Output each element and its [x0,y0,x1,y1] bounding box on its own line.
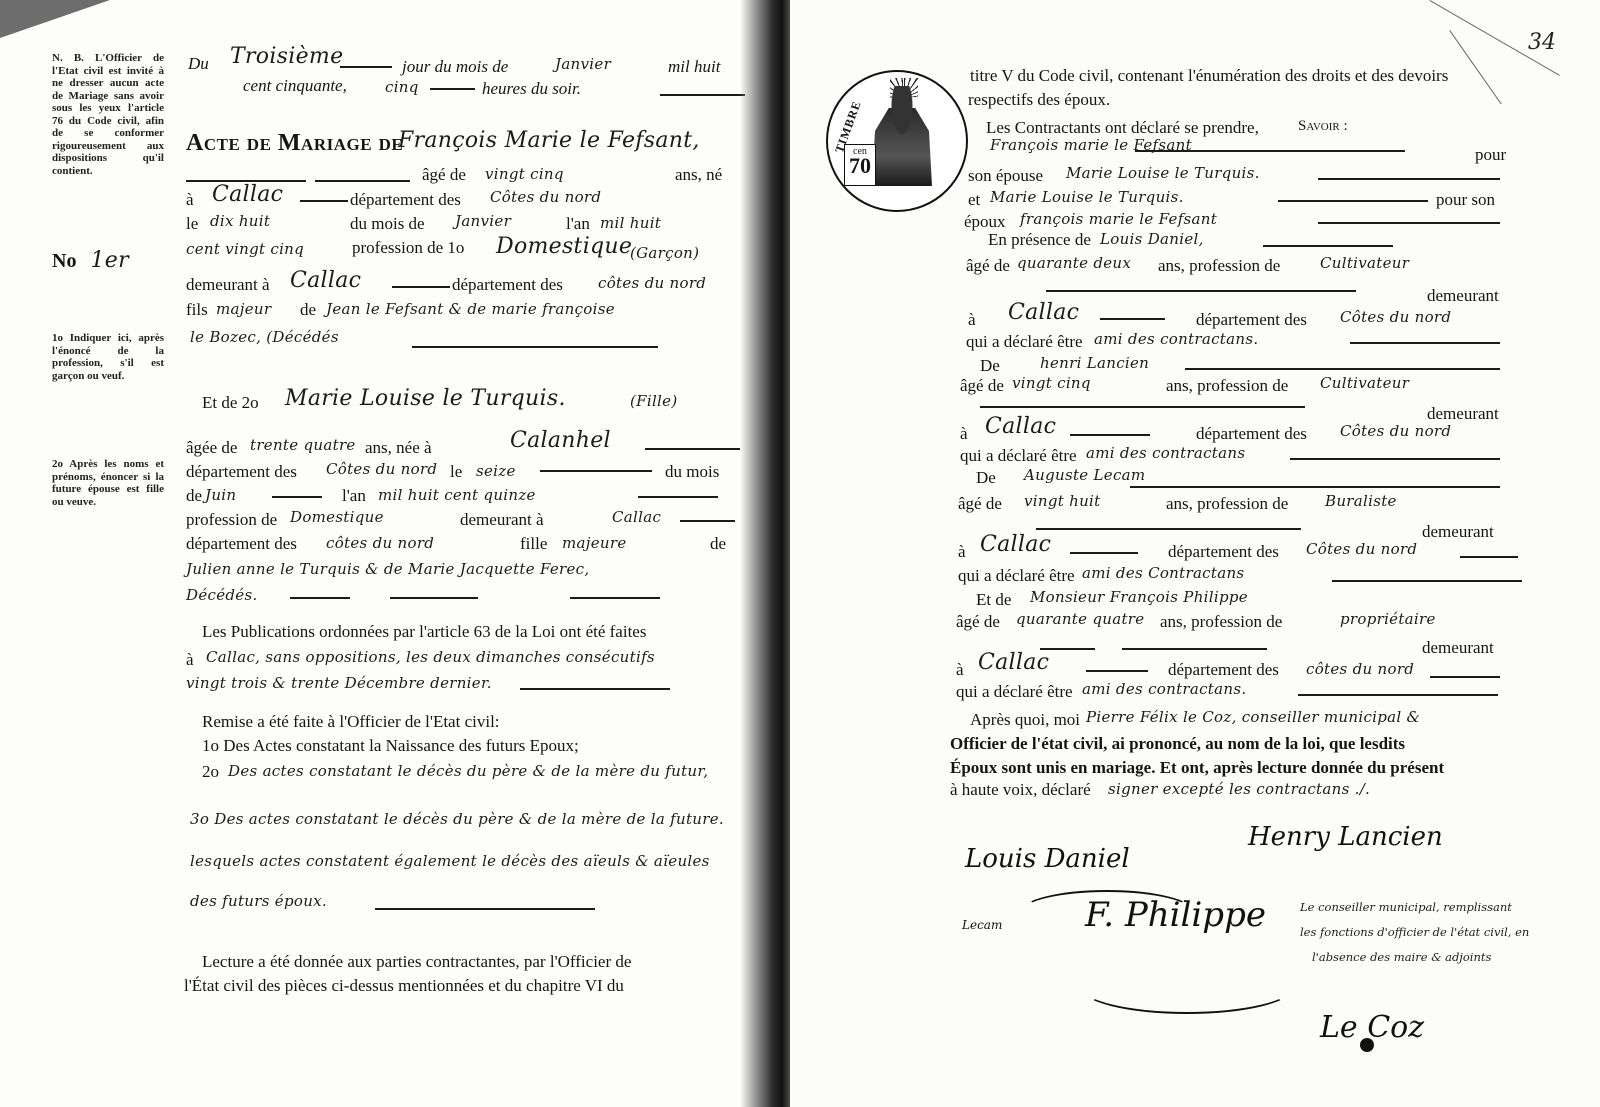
groom-birth-month: Janvier [455,212,511,230]
witness3-profession: Buraliste [1325,492,1397,510]
groom-birth-day-prefix: le [186,214,198,234]
groom-name: François Marie le Fefsant, [398,128,700,153]
witness3-dept: Côtes du nord [1306,540,1417,558]
witness2-relation: ami des contractans [1086,444,1245,462]
groom-profession: Domestique [496,234,632,259]
declaration-bride-name-2: Marie Louise le Turquis. [990,188,1184,206]
groom-birth-month-label: du mois de [350,214,425,234]
groom-dept-label: département des [350,190,461,210]
witness3-a: à [958,542,966,562]
witness1-age-label: âgé de [966,256,1010,276]
groom-son-status: majeur [216,300,271,318]
bride-birth-month-prefix: de [186,486,202,506]
bride-prefix: Et de 2o [202,393,259,413]
conclusion-line2: Officier de l'état civil, ai prononcé, a… [950,734,1405,754]
conclusion-line4-hand: signer excepté les contractans ./. [1108,780,1370,798]
bride-residence-dept: côtes du nord [326,534,434,552]
witness4-dept: côtes du nord [1306,660,1414,678]
witness4-prefix: Et de [976,590,1011,610]
conclusion-officer: Pierre Félix le Coz, conseiller municipa… [1086,708,1420,726]
date-month: Janvier [555,55,611,73]
witness2-dept: Côtes du nord [1340,422,1451,440]
remise-item3: 3o Des actes constatant le décès du père… [190,810,724,828]
witness2-profession: Cultivateur [1320,374,1409,392]
witness2-declared: qui a déclaré être [960,446,1077,466]
witness2-age-label: âgé de [960,376,1004,396]
groom-residence-dept: côtes du nord [598,274,706,292]
witness1-age: quarante deux [1017,254,1131,272]
bride-birth-month: Juin [205,486,236,504]
intro-line2: respectifs des époux. [968,90,1110,110]
witness1-declared: qui a déclaré être [966,332,1083,352]
bride-birth-day-prefix: le [450,462,462,482]
witness4-profession: propriétaire [1340,610,1436,628]
witness3-demeurant: demeurant [1422,522,1494,542]
groom-birth-year-b: cent vingt cinq [186,240,304,258]
act-number-value: 1er [90,248,128,273]
witness3-age-label: âgé de [958,494,1002,514]
groom-status: (Garçon) [630,244,699,262]
publications-hand-a: Callac, sans oppositions, les deux diman… [206,648,655,666]
bride-daughter-status: majeure [562,534,627,552]
witness2-dept-label: département des [1196,424,1307,444]
witness3-prefix: De [976,468,996,488]
witness4-dept-label: département des [1168,660,1279,680]
date-year-a: mil huit [668,57,720,77]
witness1-dept: Côtes du nord [1340,308,1451,326]
witness1-relation: ami des contractans. [1094,330,1258,348]
witness2-a: à [960,424,968,444]
bride-birth-place: Calanhel [510,428,611,453]
witness3-relation: ami des Contractans [1082,564,1244,582]
signature-lecam: Lecam [962,918,1002,932]
date-mid: jour du mois de [402,57,508,77]
conclusion-line4-prefix: à haute voix, déclaré [950,780,1091,800]
conclusion-prefix: Après quoi, moi [970,710,1080,730]
witness2-prefix: De [980,356,1000,376]
stamp-value-box: cen 70 [844,144,876,186]
witness1-name: Louis Daniel, [1100,230,1204,248]
bride-age-label: âgée de [186,438,237,458]
officer-note-1: Le conseiller municipal, remplissant [1300,895,1512,920]
bride-birth-month-label: du mois [665,462,719,482]
declaration-line1: Les Contractants ont déclaré se prendre, [986,118,1259,138]
date-hour-suffix: heures du soir. [482,79,581,99]
declaration-epoux: époux [964,212,1006,232]
remise-item5: des futurs époux. [190,892,327,910]
witness3-residence: Callac [980,532,1051,557]
lecture-line2: l'État civil des pièces ci-dessus mentio… [184,976,624,996]
witness1-ans-profession: ans, profession de [1158,256,1280,276]
conclusion-line3: Époux sont unis en mariage. Et ont, aprè… [950,758,1444,778]
tax-stamp: TIMBRE cen 70 [826,70,968,212]
bride-residence-label: demeurant à [460,510,544,530]
publications-place-prefix: à [186,650,194,670]
date-day: Troisième [230,44,343,69]
groom-parents-label: de [300,300,316,320]
stamp-value: 70 [845,159,875,173]
witness3-declared: qui a déclaré être [958,566,1075,586]
officer-note-2: les fonctions d'officier de l'état civil… [1300,920,1529,945]
bride-dept-label: département des [186,462,297,482]
stamp-figure-icon [872,86,932,186]
witness1-prefix: En présence de [988,230,1091,250]
witness3-ans-profession: ans, profession de [1166,494,1288,514]
date-prefix: Du [188,54,209,74]
act-number-label: No [52,250,76,272]
bride-parents-b: Décédés. [186,586,258,604]
act-number: No 1er [52,248,129,273]
remise-item1: 1o Des Actes constatant la Naissance des… [202,736,579,756]
remise-item4: lesquels actes constatent également le d… [190,852,710,870]
margin-note-nb: N. B. L'Officier de l'Etat civil est inv… [52,52,164,177]
left-page: N. B. L'Officier de l'Etat civil est inv… [0,0,770,1107]
bride-birth-year: mil huit cent quinze [378,486,536,504]
publications-line1: Les Publications ordonnées par l'article… [202,622,646,642]
bride-profession-label: profession de [186,510,277,530]
groom-birth-place-prefix: à [186,190,194,210]
bride-age: trente quatre [250,436,356,454]
remise-item2-prefix: 2o [202,762,219,782]
witness4-age-label: âgé de [956,612,1000,632]
groom-dept: Côtes du nord [490,188,601,206]
bride-profession: Domestique [290,508,384,526]
folio-number: 34 [1528,30,1556,55]
date-year-b: cent cinquante, [243,76,347,96]
groom-age-label: âgé de [422,165,466,185]
groom-birth-place: Callac [212,182,283,207]
groom-age: vingt cinq [485,165,564,183]
groom-son-label: fils [186,300,208,320]
groom-age-suffix: ans, né [675,165,722,185]
remise-line1: Remise a été faite à l'Officier de l'Eta… [202,712,500,732]
witness1-demeurant: demeurant [1427,286,1499,306]
groom-residence: Callac [290,268,361,293]
groom-birth-year-a: mil huit [600,214,661,232]
declaration-et: et [968,190,980,210]
bride-birth-day: seize [476,462,516,480]
bride-birth-year-label: l'an [342,486,366,506]
groom-birth-day: dix huit [210,212,270,230]
groom-parents-a: Jean le Fefsant & de marie françoise [326,300,615,318]
witness4-residence: Callac [978,650,1049,675]
witness1-dept-label: département des [1196,310,1307,330]
witness4-age: quarante quatre [1016,610,1144,628]
bride-daughter-label: fille [520,534,547,554]
margin-note-1: 1o Indiquer ici, après l'énoncé de la pr… [52,332,164,382]
groom-birth-year-label: l'an [566,214,590,234]
declaration-savoir: Savoir : [1298,118,1348,135]
witness3-dept-label: département des [1168,542,1279,562]
bride-dept: Côtes du nord [326,460,437,478]
witness4-name: Monsieur François Philippe [1030,588,1248,606]
witness4-relation: ami des contractans. [1082,680,1246,698]
lecture-line1: Lecture a été donnée aux parties contrac… [202,952,631,972]
groom-residence-dept-label: département des [452,275,563,295]
signature-flourish [1080,960,1294,1014]
bride-status: (Fille) [630,392,677,410]
intro-line1: titre V du Code civil, contenant l'énumé… [970,66,1448,86]
signature-henry-lancien: Henry Lancien [1248,822,1443,852]
bride-age-suffix: ans, née à [365,438,432,458]
margin-note-2: 2o Après les noms et prénoms, énoncer si… [52,458,164,508]
officer-note-3: l'absence des maire & adjoints [1312,945,1491,970]
witness2-residence: Callac [985,414,1056,439]
witness2-age: vingt cinq [1012,374,1091,392]
date-hour: cinq [385,78,419,96]
witness4-ans-profession: ans, profession de [1160,612,1282,632]
declaration-son-epouse: son épouse [968,166,1043,186]
witness3-age: vingt huit [1024,492,1100,510]
groom-profession-label: profession de 1o [352,238,464,258]
witness1-residence: Callac [1008,300,1079,325]
witness2-demeurant: demeurant [1427,404,1499,424]
bride-parents-label: de [710,534,726,554]
witness4-declared: qui a déclaré être [956,682,1073,702]
witness2-name: henri Lancien [1040,354,1149,372]
witness1-a: à [968,310,976,330]
witness2-ans-profession: ans, profession de [1166,376,1288,396]
witness1-profession: Cultivateur [1320,254,1409,272]
publications-hand-b: vingt trois & trente Décembre dernier. [186,674,492,692]
signature-flourish-top [1020,890,1194,934]
declaration-pour-son: pour son [1436,190,1495,210]
witness3-name: Auguste Lecam [1024,466,1145,484]
bride-name: Marie Louise le Turquis. [285,386,566,411]
witness4-a: à [956,660,964,680]
bride-residence-dept-label: département des [186,534,297,554]
signature-louis-daniel: Louis Daniel [965,844,1130,874]
page-corner-fold [0,0,110,38]
groom-parents-b: le Bozec, (Décédés [190,328,339,346]
witness4-demeurant: demeurant [1422,638,1494,658]
bride-parents-a: Julien anne le Turquis & de Marie Jacque… [186,560,589,578]
ink-blot [1360,1038,1374,1052]
declaration-bride-name: Marie Louise le Turquis. [1066,164,1260,182]
declaration-pour: pour [1475,145,1506,165]
declaration-groom-name-2: françois marie le Fefsant [1020,210,1217,228]
bride-residence: Callac [612,508,661,526]
remise-item2: Des actes constatant le décès du père & … [228,762,708,780]
acte-title: Acte de Mariage de [186,130,403,157]
groom-residence-label: demeurant à [186,275,270,295]
